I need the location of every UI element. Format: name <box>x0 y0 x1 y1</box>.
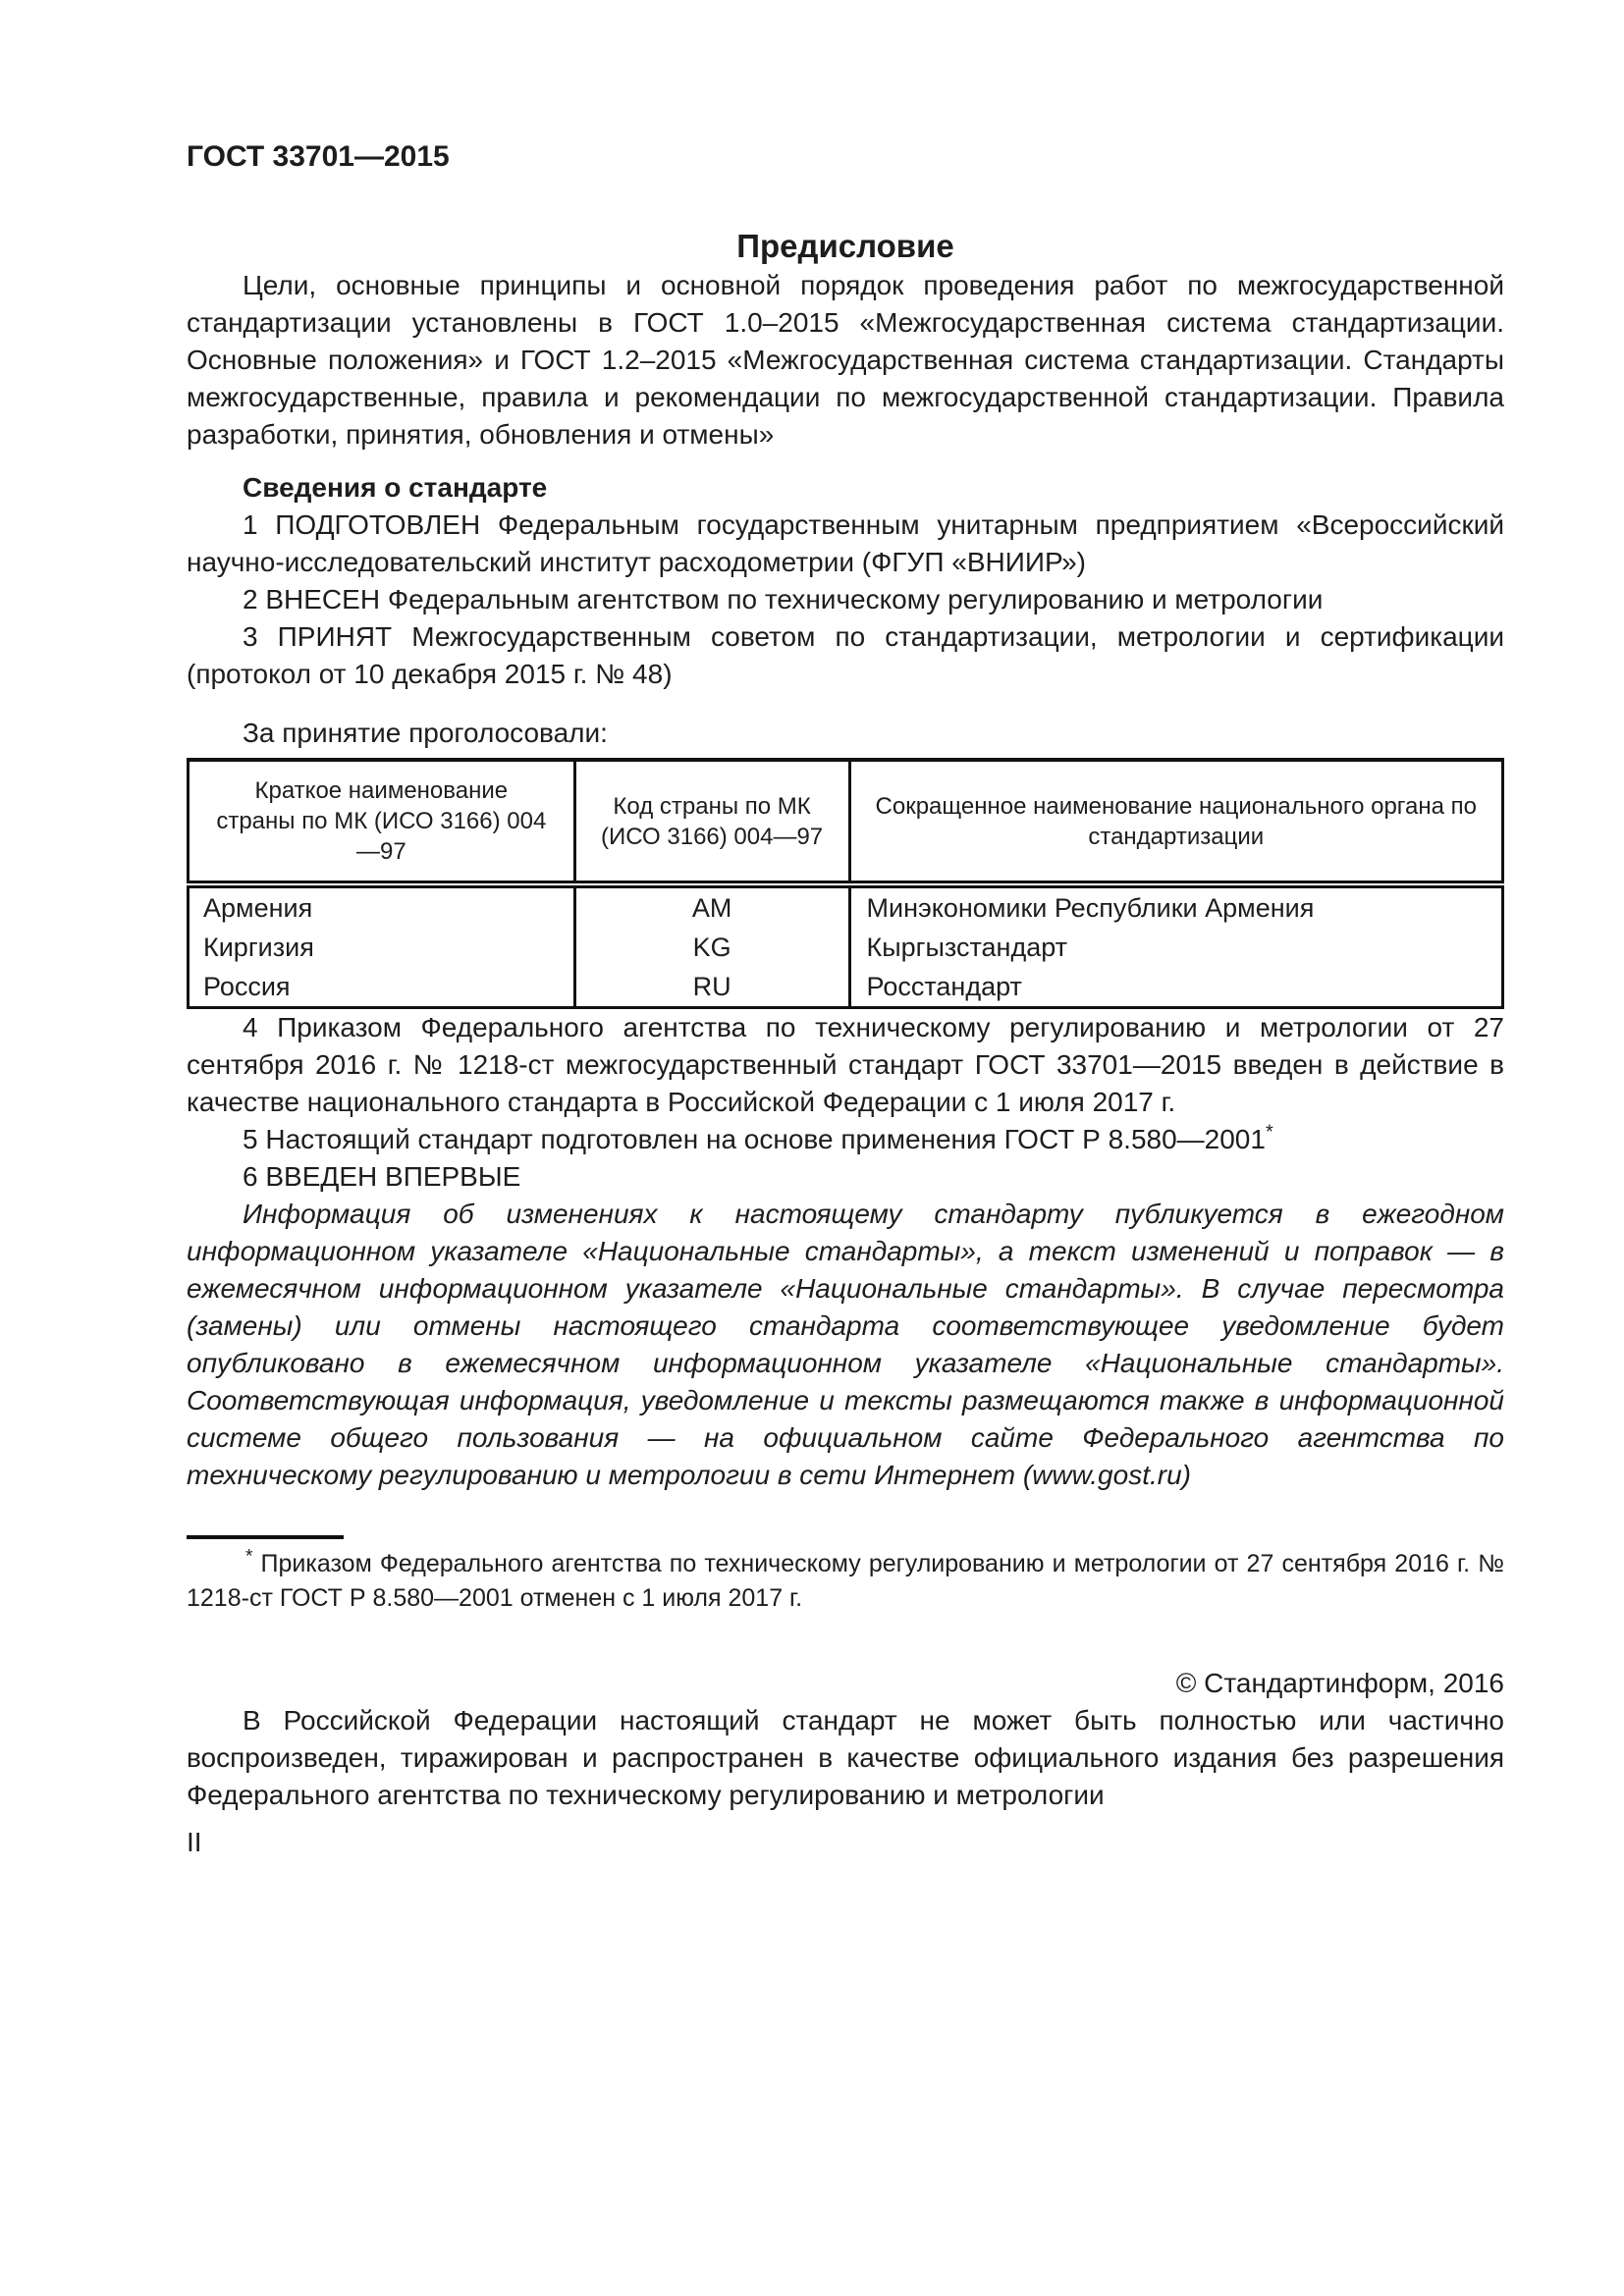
standard-info-heading: Сведения о стандарте <box>187 469 1504 507</box>
country-cell: Армения <box>189 884 575 928</box>
column-header-country: Краткое наименование страны по МК (ИСО 3… <box>189 760 575 884</box>
code-cell: KG <box>574 928 849 967</box>
table-row: Армения AM Минэкономики Республики Армен… <box>189 884 1503 928</box>
footnote-marker: * <box>245 1547 252 1568</box>
page-number: II <box>187 1824 1504 1861</box>
vote-caption: За принятие проголосовали: <box>187 717 1504 750</box>
standard-info-item-2: 2 ВНЕСЕН Федеральным агентством по техни… <box>187 581 1504 618</box>
country-cell: Киргизия <box>189 928 575 967</box>
standard-info-item-3: 3 ПРИНЯТ Межгосударственным советом по с… <box>187 618 1504 693</box>
standard-info-item-4: 4 Приказом Федерального агентства по тех… <box>187 1009 1504 1121</box>
vote-table: Краткое наименование страны по МК (ИСО 3… <box>187 758 1504 1009</box>
column-header-code: Код страны по МК (ИСО 3166) 004—97 <box>574 760 849 884</box>
table-row: Киргизия KG Кыргызстандарт <box>189 928 1503 967</box>
footnote: * Приказом Федерального агентства по тех… <box>187 1547 1504 1616</box>
standard-info-item-1: 1 ПОДГОТОВЛЕН Федеральным государственны… <box>187 507 1504 581</box>
reproduction-notice: В Российской Федерации настоящий стандар… <box>187 1702 1504 1814</box>
org-cell: Росстандарт <box>849 967 1503 1008</box>
org-cell: Минэкономики Республики Армения <box>849 884 1503 928</box>
footnote-rule <box>187 1535 344 1539</box>
page-title: Предисловие <box>187 226 1504 267</box>
standard-info-item-6: 6 ВВЕДЕН ВПЕРВЫЕ <box>187 1158 1504 1196</box>
column-header-org: Сокращенное наименование национального о… <box>849 760 1503 884</box>
org-cell: Кыргызстандарт <box>849 928 1503 967</box>
doc-code: ГОСТ 33701—2015 <box>187 139 1504 175</box>
code-cell: AM <box>574 884 849 928</box>
footnote-text: Приказом Федерального агентства по техни… <box>187 1550 1504 1612</box>
footnote-reference-marker: * <box>1266 1122 1273 1144</box>
country-cell: Россия <box>189 967 575 1008</box>
intro-paragraph: Цели, основные принципы и основной поряд… <box>187 267 1504 454</box>
vote-table-header-row: Краткое наименование страны по МК (ИСО 3… <box>189 760 1503 884</box>
amendments-note: Информация об изменениях к настоящему ст… <box>187 1196 1504 1494</box>
copyright-notice: © Стандартинформ, 2016 <box>187 1665 1504 1702</box>
document-page: ГОСТ 33701—2015 Предисловие Цели, основн… <box>0 0 1624 2296</box>
table-row: Россия RU Росстандарт <box>189 967 1503 1008</box>
standard-info-item-5: 5 Настоящий стандарт подготовлен на осно… <box>187 1121 1504 1158</box>
item-5-text: 5 Настоящий стандарт подготовлен на осно… <box>243 1124 1266 1154</box>
code-cell: RU <box>574 967 849 1008</box>
